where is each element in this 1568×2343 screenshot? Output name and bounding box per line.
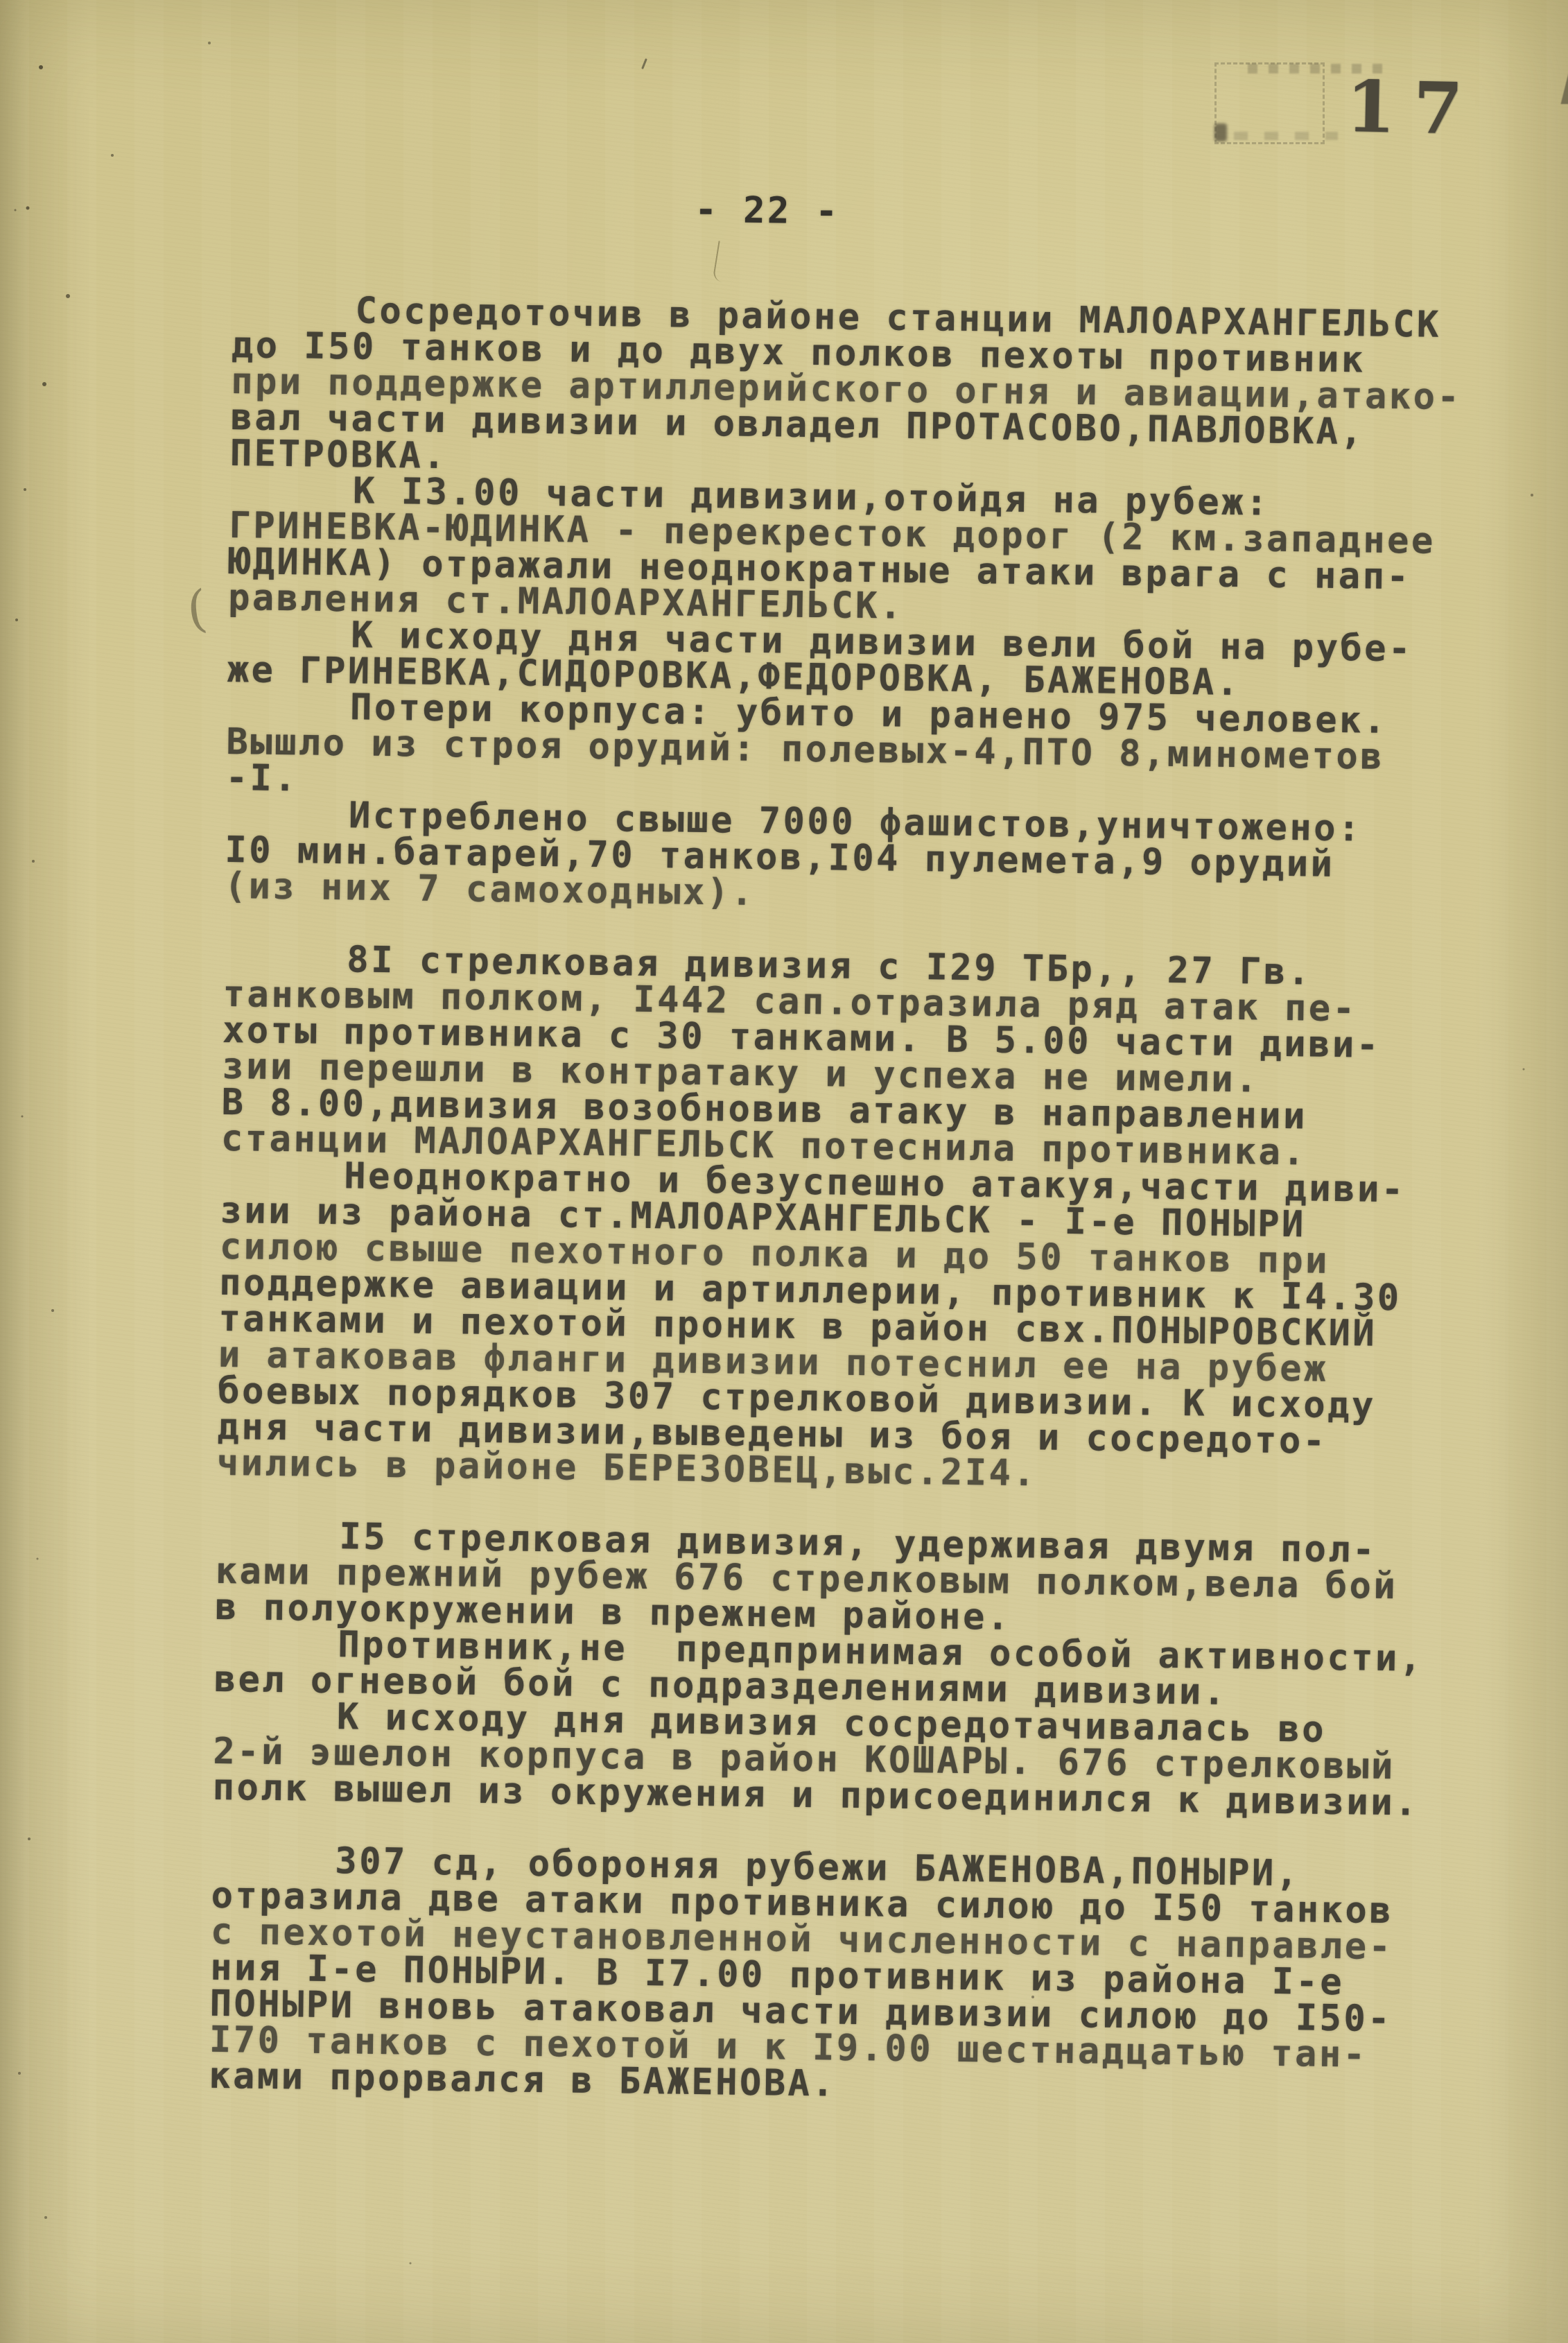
paragraph: Истреблено свыше 7000 фашистов,уничтожен… [224,796,1487,921]
stamp-ink-blob [1214,123,1227,141]
paragraph: Неоднократно и безуспешно атакуя,части д… [217,1157,1483,1498]
document-paragraphs: Сосредоточив в районе станции МАЛОАРХАНГ… [209,291,1494,2111]
scanned-document: { "page": { "folio": "17", "number_label… [0,0,1568,2343]
paragraph: Сосредоточив в районе станции МАЛОАРХАНГ… [230,291,1494,488]
stamp-smudge [1234,132,1338,140]
typed-text-block: - 22 - Сосредоточив в районе станции МАЛ… [209,291,1494,2111]
paragraph: Потери корпуса: убито и ранено 975 челов… [225,688,1488,813]
page-number: - 22 - [695,192,840,230]
paragraph: 307 сд, обороняя рубежи БАЖЕНОВА,ПОНЫРИ,… [209,1842,1474,2111]
paragraph: 8I стрелковая дивизия с I29 ТБр,, 27 Гв.… [221,940,1486,1173]
paragraph: К исходу дня дивизия сосредотачивалась в… [212,1697,1475,1822]
folio-number-stamp: 17 [1345,65,1481,151]
paragraph: К I3.00 части дивизии,отойдя на рубеж:ГР… [228,472,1492,632]
paragraph: I5 стрелковая дивизия, удерживая двумя п… [215,1517,1478,1642]
